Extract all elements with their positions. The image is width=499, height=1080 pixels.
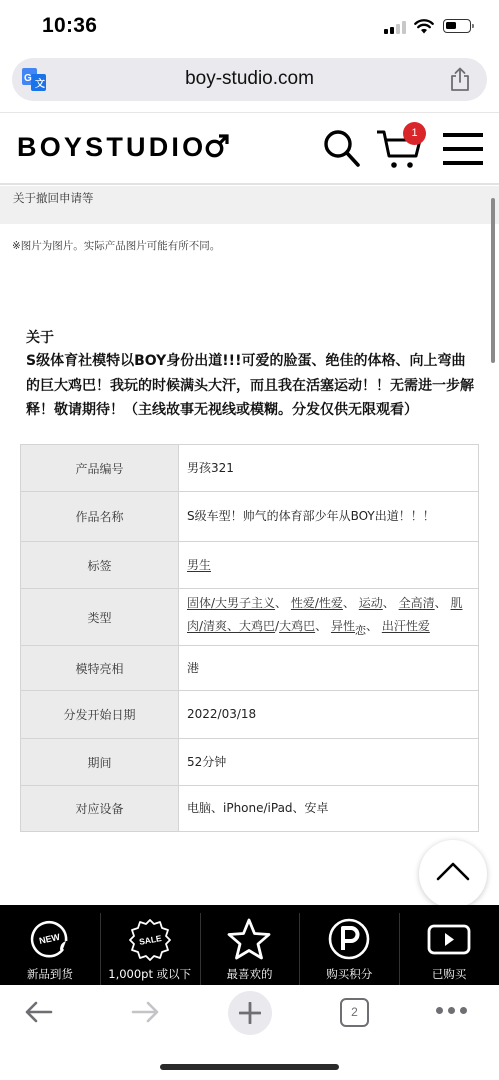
separator: 、: [383, 596, 395, 610]
nav-favorites[interactable]: 最喜欢的: [200, 905, 300, 985]
forward-arrow-icon[interactable]: [130, 999, 160, 1025]
nav-label: 购买积分: [299, 966, 399, 982]
share-icon[interactable]: [449, 67, 471, 92]
separator: 、: [366, 619, 378, 633]
genre-link[interactable]: 固体/大男子主义: [187, 596, 275, 610]
cellular-signal-icon: [384, 21, 406, 34]
table-row: 对应设备 电脑、iPhone/iPad、安卓: [21, 786, 479, 832]
genre-link[interactable]: 大鸡巴: [279, 619, 315, 633]
site-header: BOYSTUDIO 1: [0, 112, 499, 185]
nav-label: 1,000pt 或以下: [100, 966, 200, 982]
wifi-icon: [414, 18, 434, 34]
sale-badge-icon: SALE: [127, 917, 173, 961]
tag-link[interactable]: 男生: [187, 558, 211, 572]
menu-icon[interactable]: [443, 133, 483, 167]
spec-label: 作品名称: [21, 492, 179, 542]
table-row: 期间 52分钟: [21, 739, 479, 786]
nav-label: 已购买: [399, 966, 499, 982]
separator: 、: [343, 596, 355, 610]
chevron-up-icon: [436, 860, 470, 884]
page-scrollbar[interactable]: [491, 198, 495, 363]
genre-link[interactable]: 出汗性爱: [382, 619, 430, 633]
spec-value: 52分钟: [179, 739, 479, 786]
tabs-button[interactable]: 2: [340, 998, 369, 1027]
spec-value: 固体/大男子主义、 性爱/性爱、 运动、 全高清、 肌肉/清爽、大鸡巴/大鸡巴、…: [179, 589, 479, 646]
image-disclaimer: ※图片为图片。实际产品图片可能有所不同。: [12, 238, 220, 253]
nav-sale[interactable]: SALE 1,000pt 或以下: [100, 905, 200, 985]
back-to-top-button[interactable]: [419, 840, 487, 908]
spec-value: 电脑、iPhone/iPad、安卓: [179, 786, 479, 832]
cart-count-badge: 1: [403, 122, 426, 145]
about-description: S级体育社模特以BOY身份出道!!!可爱的脸蛋、绝佳的体格、向上弯曲的巨大鸡巴！…: [26, 349, 478, 423]
home-indicator[interactable]: [160, 1064, 339, 1070]
genre-link[interactable]: 性爱/性爱: [291, 596, 343, 610]
logo-text: BOYSTUDIO: [17, 132, 206, 162]
genre-link[interactable]: 运动: [359, 596, 383, 610]
plus-icon: [239, 1002, 261, 1024]
spec-value: 男孩321: [179, 445, 479, 492]
new-tab-button[interactable]: [228, 991, 272, 1035]
back-arrow-icon[interactable]: [24, 999, 54, 1025]
status-bar: 10:36: [0, 0, 499, 54]
table-row: 作品名称 S级车型！帅气的体育部少年从BOY出道！！！: [21, 492, 479, 542]
genre-link[interactable]: 异性: [331, 619, 355, 633]
browser-toolbar: 2: [0, 985, 499, 1080]
nav-label: 新品到货: [0, 966, 100, 982]
separator: 、: [315, 619, 327, 633]
table-row: 模特亮相 港: [21, 646, 479, 691]
address-bar[interactable]: G 文 boy-studio.com: [12, 58, 487, 101]
table-row: 分发开始日期 2022/03/18: [21, 691, 479, 739]
spec-label: 产品编号: [21, 445, 179, 492]
nav-purchased[interactable]: 已购买: [399, 905, 499, 985]
spec-label: 类型: [21, 589, 179, 646]
product-spec-table: 产品编号 男孩321 作品名称 S级车型！帅气的体育部少年从BOY出道！！！ 标…: [20, 444, 479, 832]
spec-value: 男生: [179, 542, 479, 589]
bottom-nav: NEW 新品到货 SALE 1,000pt 或以下 最喜欢的 购买积分 已购买: [0, 905, 499, 985]
search-icon[interactable]: [322, 129, 362, 169]
about-heading: 关于: [26, 327, 54, 347]
star-icon: [226, 917, 272, 961]
spec-value: 2022/03/18: [179, 691, 479, 739]
table-row: 产品编号 男孩321: [21, 445, 479, 492]
url-text[interactable]: boy-studio.com: [12, 68, 487, 90]
battery-icon: [443, 19, 471, 33]
genre-suffix: 恋: [355, 624, 366, 637]
nav-buy-points[interactable]: 购买积分: [299, 905, 399, 985]
withdrawal-notice-text[interactable]: 关于撤回申请等: [13, 190, 94, 206]
male-symbol-icon: [205, 134, 229, 158]
table-row: 类型 固体/大男子主义、 性爱/性爱、 运动、 全高清、 肌肉/清爽、大鸡巴/大…: [21, 589, 479, 646]
spec-label: 期间: [21, 739, 179, 786]
separator: 、: [275, 596, 287, 610]
table-row: 标签 男生: [21, 542, 479, 589]
genre-link[interactable]: 全高清: [399, 596, 435, 610]
spec-label: 标签: [21, 542, 179, 589]
svg-text:SALE: SALE: [138, 933, 162, 947]
points-icon: [326, 917, 372, 961]
nav-new-arrivals[interactable]: NEW 新品到货: [0, 905, 100, 985]
more-options-icon[interactable]: [436, 1007, 468, 1017]
svg-text:NEW: NEW: [38, 932, 61, 946]
spec-label: 分发开始日期: [21, 691, 179, 739]
site-logo[interactable]: BOYSTUDIO: [17, 132, 229, 163]
spec-label: 对应设备: [21, 786, 179, 832]
nav-label: 最喜欢的: [200, 966, 300, 982]
new-badge-icon: NEW: [27, 917, 73, 961]
spec-value: 港: [179, 646, 479, 691]
separator: 、: [435, 596, 447, 610]
play-icon: [426, 917, 472, 961]
withdrawal-notice-strip[interactable]: 关于撤回申请等: [0, 186, 499, 224]
spec-label: 模特亮相: [21, 646, 179, 691]
spec-value: S级车型！帅气的体育部少年从BOY出道！！！: [179, 492, 479, 542]
status-time: 10:36: [42, 14, 97, 38]
